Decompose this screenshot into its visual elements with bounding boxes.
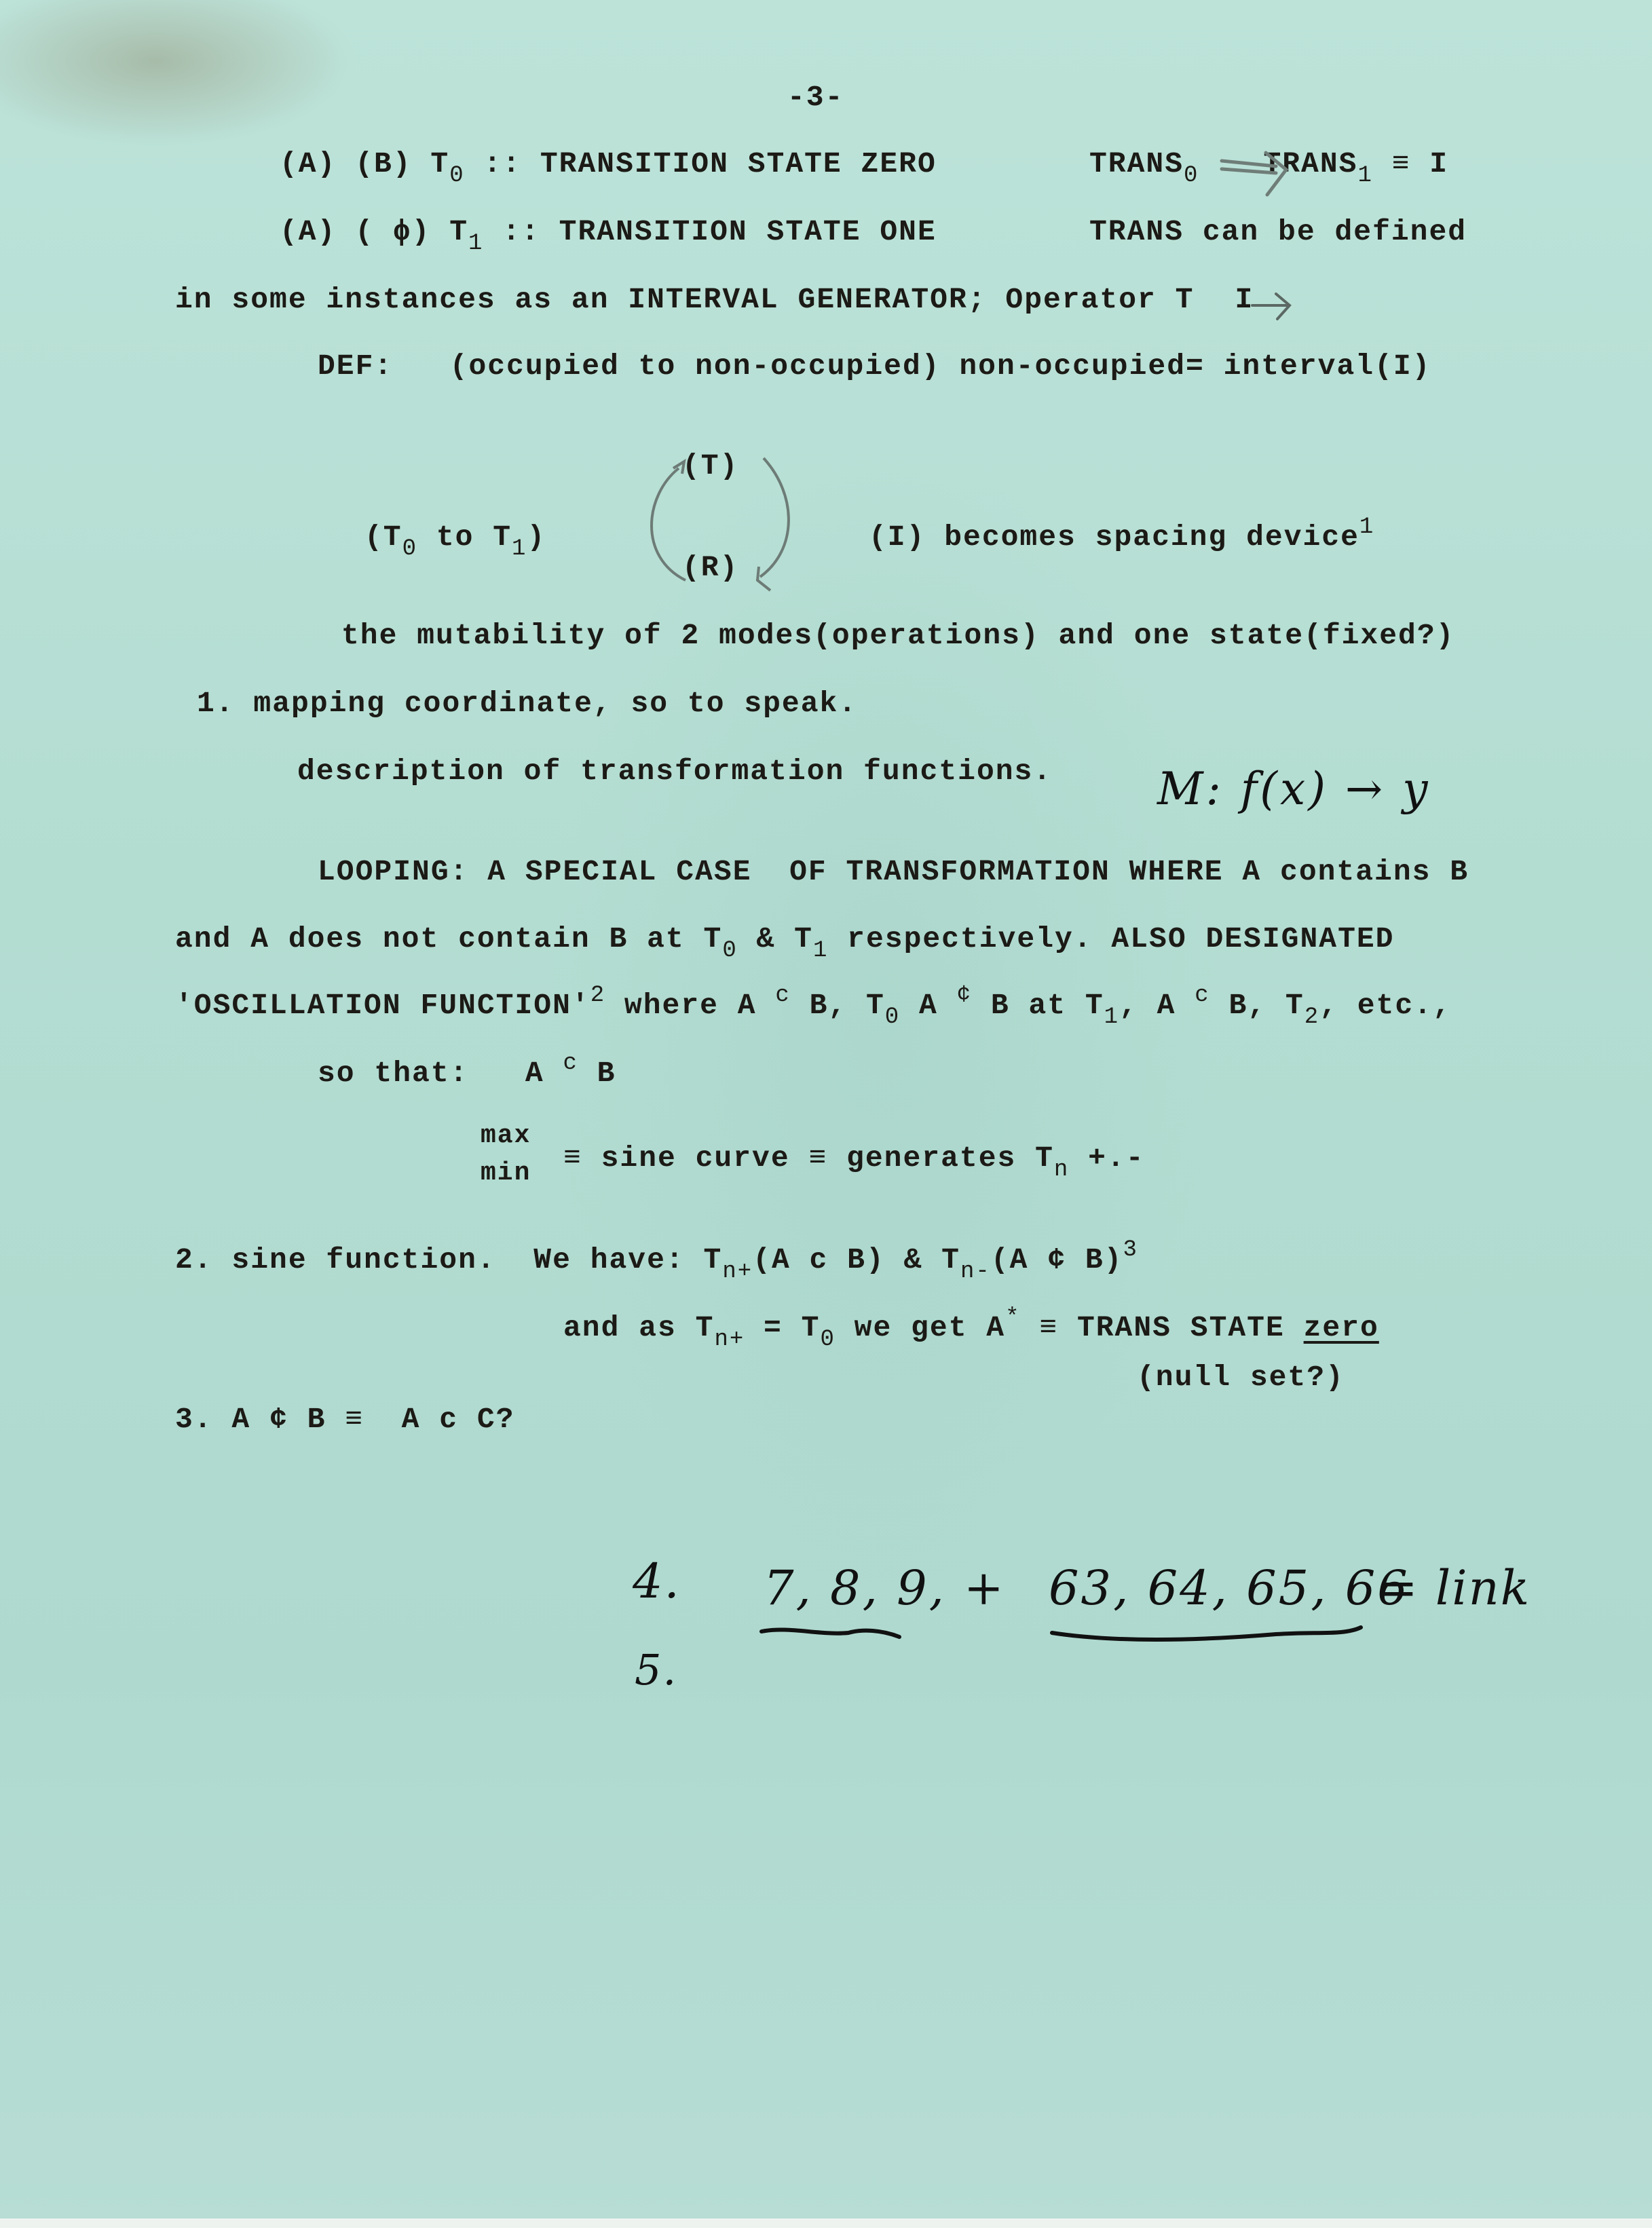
null-set-note: (null set?) [1137,1363,1345,1392]
loop-cycle-arrows-icon [631,441,801,604]
transformation-functions: description of transformation functions. [297,757,1052,786]
t0-to-t1: (T0 to T1) [364,523,546,552]
transition-state-one: (A) ( ɸ) T1 :: TRANSITION STATE ONE [280,217,937,246]
mutability-line: the mutability of 2 modes(operations) an… [341,621,1454,650]
looping-continued: and A does not contain B at T0 & T1 resp… [175,924,1395,953]
trans-state-zero-result: and as Tn+ = T0 we get A* ≡ TRANS STATE … [563,1313,1379,1342]
interval-generator: in some instances as an INTERVAL GENERAT… [175,285,1254,314]
paper-edge [0,2218,1652,2228]
oscillation-function: 'OSCILLATION FUNCTION'2 where A c B, T0 … [175,991,1452,1020]
handwritten-underlines [760,1622,1439,1649]
looping-definition: LOOPING: A SPECIAL CASE OF TRANSFORMATIO… [318,857,1469,886]
sine-curve: ≡ sine curve ≡ generates Tn +.- [563,1144,1145,1173]
max-label: max [481,1123,531,1149]
handwritten-item-4-number: 4. [633,1557,681,1605]
handwritten-link: = link [1378,1564,1531,1612]
note-1: 1. mapping coordinate, so to speak. [197,689,857,718]
handwritten-mapping: M: f(x) → y [1157,767,1431,812]
note-2-sine-function: 2. sine function. We have: Tn+(A c B) & … [175,1245,1138,1275]
handwritten-plus: + [964,1564,1005,1612]
trans-defined: TRANS can be defined [1089,217,1467,246]
arrow-right-icon [1249,288,1296,322]
min-label: min [481,1160,531,1186]
page-number: -3- [787,83,844,112]
note-3: 3. A ¢ B ≡ A c C? [175,1405,514,1434]
double-arrow-icon [1218,146,1293,200]
handwritten-item-4-set-a: 7, 8, 9, [764,1564,946,1612]
spacing-device: (I) becomes spacing device1 [869,523,1374,552]
paper-background [0,0,1652,2228]
handwritten-item-4-set-b: 63, 64, 65, 66 [1049,1564,1410,1612]
transition-state-zero: (A) (B) T0 :: TRANSITION STATE ZERO [280,149,937,178]
handwritten-item-5-number: 5. [635,1649,677,1691]
definition: DEF: (occupied to non-occupied) non-occu… [318,352,1431,381]
so-that: so that: A c B [318,1059,616,1088]
